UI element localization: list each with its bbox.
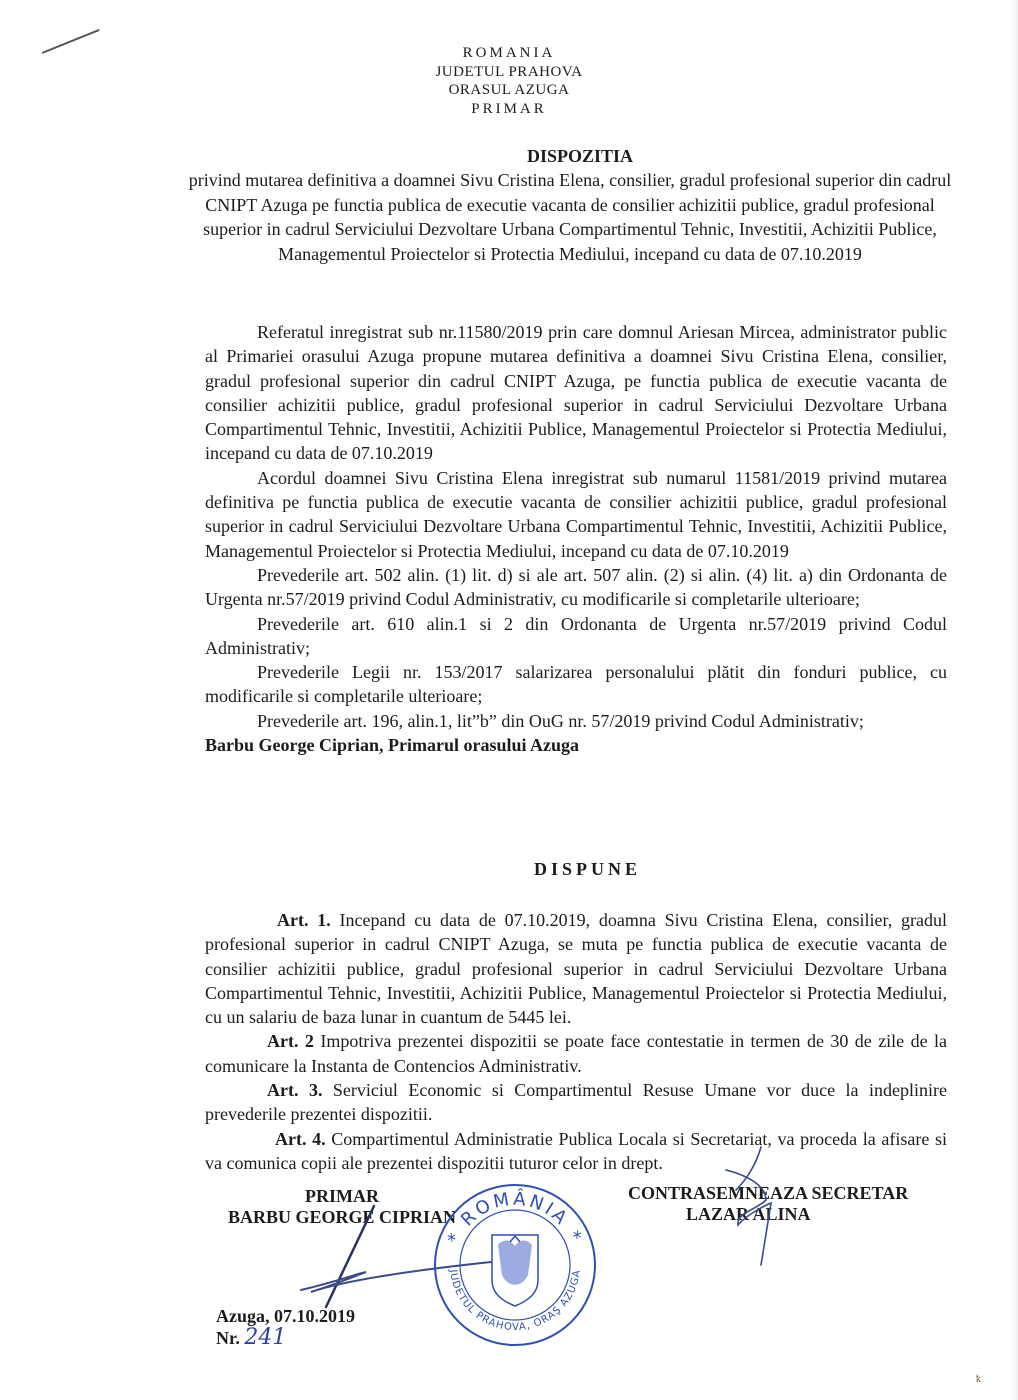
preamble-paragraph: Prevederile art. 610 alin.1 si 2 din Ord… bbox=[205, 612, 947, 661]
scan-edge bbox=[1010, 0, 1018, 1400]
preamble-paragraph: Referatul inregistrat sub nr.11580/2019 … bbox=[205, 320, 947, 466]
document-subtitle: privind mutarea definitiva a doamnei Siv… bbox=[180, 168, 960, 266]
document-header: ROMANIA JUDETUL PRAHOVA ORASUL AZUGA PRI… bbox=[0, 44, 1018, 118]
article-label: Art. 1. bbox=[277, 910, 331, 930]
header-town: ORASUL AZUGA bbox=[0, 81, 1018, 100]
secretary-signature-icon bbox=[716, 1145, 796, 1275]
article-label: Art. 3. bbox=[267, 1080, 322, 1100]
article-4: Art. 4. Compartimentul Administratie Pub… bbox=[205, 1127, 947, 1176]
document-page: ROMANIA JUDETUL PRAHOVA ORASUL AZUGA PRI… bbox=[0, 0, 1018, 1400]
registration-number: Nr. 241 bbox=[216, 1327, 355, 1349]
official-stamp-icon: * ROMÂNIA * JUDETUL PRAHOVA, ORAŞ AZUGA bbox=[430, 1180, 600, 1350]
issuer: Barbu George Ciprian, Primarul orasului … bbox=[205, 733, 947, 757]
preamble-paragraph: Prevederile art. 196, alin.1, lit”b” din… bbox=[205, 709, 947, 733]
header-county: JUDETUL PRAHOVA bbox=[0, 63, 1018, 82]
place-date-block: Azuga, 07.10.2019 Nr. 241 bbox=[216, 1305, 355, 1349]
scan-mark: ҟ bbox=[976, 1374, 981, 1385]
article-2: Art. 2 Impotriva prezentei dispozitii se… bbox=[205, 1029, 947, 1078]
preamble: Referatul inregistrat sub nr.11580/2019 … bbox=[205, 320, 947, 757]
article-3: Art. 3. Serviciul Economic si Compartime… bbox=[205, 1078, 947, 1127]
preamble-paragraph: Prevederile art. 502 alin. (1) lit. d) s… bbox=[205, 563, 947, 612]
header-office: PRIMAR bbox=[0, 100, 1018, 119]
preamble-paragraph: Prevederile Legii nr. 153/2017 salarizar… bbox=[205, 660, 947, 709]
header-country: ROMANIA bbox=[0, 44, 1018, 63]
article-label: Art. 2 bbox=[267, 1031, 314, 1051]
place-date: Azuga, 07.10.2019 bbox=[216, 1305, 355, 1327]
preamble-paragraph: Acordul doamnei Sivu Cristina Elena inre… bbox=[205, 466, 947, 563]
article-label: Art. 4. bbox=[275, 1129, 326, 1149]
number-label: Nr. bbox=[216, 1328, 240, 1348]
articles: Art. 1. Incepand cu data de 07.10.2019, … bbox=[205, 908, 947, 1175]
dispune-heading: DISPUNE bbox=[0, 859, 1018, 880]
article-1: Art. 1. Incepand cu data de 07.10.2019, … bbox=[205, 908, 947, 1029]
article-text: Impotriva prezentei dispozitii se poate … bbox=[205, 1031, 947, 1075]
number-value: 241 bbox=[244, 1325, 286, 1350]
document-title: DISPOZITIA bbox=[0, 146, 1018, 167]
svg-text:* ROMÂNIA *: * ROMÂNIA * bbox=[444, 1188, 587, 1248]
